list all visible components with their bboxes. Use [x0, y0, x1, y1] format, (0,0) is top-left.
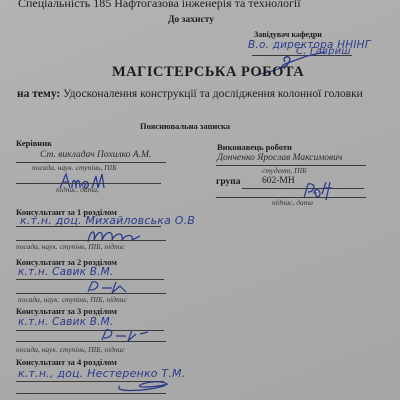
consultant-3-label: Консультант за 3 розділом: [16, 306, 117, 316]
consultant-2-caption: посада, наук. ступінь, ПІБ, підпис: [18, 295, 127, 304]
consultant-4-signature-line: [16, 393, 166, 394]
topic-line: на тему: Удосконалення конструкції та до…: [17, 88, 363, 100]
supervisor-caption: посада, наук. ступінь, ПІБ: [32, 163, 117, 172]
supervisor-signature-caption: підпис, дата,: [56, 185, 99, 194]
consultant-3-caption: посада, наук. ступінь, ПІБ, підпис: [16, 345, 125, 354]
consultant-4-signature: [112, 378, 172, 392]
consultant-2-value: к.т.н. Савик В.М.: [18, 266, 113, 278]
consultant-4-label: Консультант за 4 розділом: [16, 357, 117, 367]
consultant-2-signature: [86, 280, 131, 294]
group-value: 602-МН: [262, 176, 295, 186]
to-defense-label: До захисту: [168, 15, 214, 25]
supervisor-value: Ст. викладач Похилко А.М.: [40, 150, 151, 160]
document-title: МАГІСТЕРСЬКА РОБОТА: [112, 64, 304, 81]
document-page: Спеціальність 185 Нафтогазова інженерія …: [0, 0, 400, 400]
consultant-3-value: к.т.н. Савик В.М.: [18, 316, 113, 328]
consultant-1-signature-line: [16, 240, 166, 241]
performer-value: Донченко Ярослав Максимович: [217, 153, 342, 163]
explanatory-note-label: Пояснювальна записка: [140, 121, 230, 131]
consultant-2-signature-line: [16, 293, 166, 294]
supervisor-label: Керівник: [16, 138, 52, 148]
topic-value: Удосконалення конструкції та дослідження…: [63, 88, 363, 100]
specialty-line: Спеціальність 185 Нафтогазова інженерія …: [18, 0, 301, 11]
performer-label: Виконавець роботи: [217, 142, 292, 152]
consultant-3-signature-line: [16, 341, 166, 342]
supervisor-signature-line: [16, 183, 161, 184]
performer-caption: студент, ПІБ: [262, 166, 307, 175]
consultant-3-signature: [100, 328, 150, 342]
head-of-dept-label: Завідувач кафедри: [254, 30, 322, 39]
consultant-1-caption: посада, наук. ступінь, ПІБ, підпис: [16, 242, 125, 251]
performer-signature-caption: підпис, дата: [272, 198, 313, 207]
group-label: група: [216, 177, 240, 187]
topic-label: на тему:: [17, 88, 60, 100]
